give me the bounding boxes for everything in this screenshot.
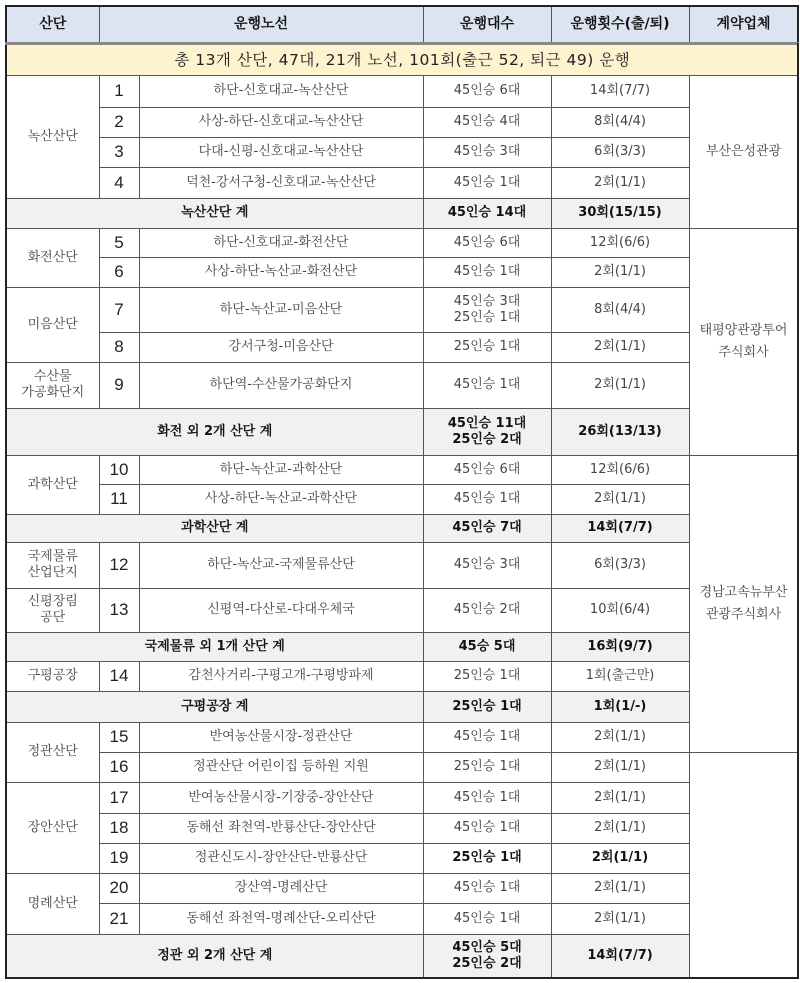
trip-count: 2회(1/1)	[551, 873, 689, 903]
trip-count: 12회(6/6)	[551, 228, 689, 257]
trip-count: 2회(1/1)	[551, 257, 689, 287]
company-line-2: 관광주식회사	[690, 607, 798, 623]
route-number: 18	[99, 813, 139, 843]
complex-cell: 녹산산단	[6, 75, 99, 198]
trip-count: 2회(1/1)	[551, 484, 689, 514]
vehicle-count: 45인승 4대	[423, 107, 551, 137]
route-name: 하단-신호대교-화전산단	[139, 228, 423, 257]
route-number: 17	[99, 782, 139, 813]
subtotal-vehicles: 45인승 7대	[423, 514, 551, 542]
vehicle-count: 45인승 1대	[423, 722, 551, 752]
subtotal-trips: 14회(7/7)	[551, 934, 689, 978]
subtotal-vehicles: 45인승 11대 25인승 2대	[423, 408, 551, 455]
vehicle-count: 25인승 1대	[423, 843, 551, 873]
route-number: 10	[99, 455, 139, 484]
subtotal-vehicles: 45승 5대	[423, 632, 551, 661]
vehicle-count: 45인승 1대	[423, 167, 551, 198]
subtotal-trips: 14회(7/7)	[551, 514, 689, 542]
route-name: 동해선 좌천역-명례산단-오리산단	[139, 903, 423, 934]
complex-cell: 장안산단	[6, 782, 99, 873]
table-row: 21 동해선 좌천역-명례산단-오리산단 45인승 1대 2회(1/1)	[6, 903, 798, 934]
complex-line-1: 신평장림	[7, 594, 99, 610]
company-line-1: 태평양관광투어	[690, 323, 798, 339]
summary-banner-row: 총 13개 산단, 47대, 21개 노선, 101회(출근 52, 퇴근 49…	[6, 43, 798, 75]
complex-cell: 구평공장	[6, 661, 99, 691]
route-number: 4	[99, 167, 139, 198]
route-number: 5	[99, 228, 139, 257]
route-name: 감천사거리-구평고개-구평방파제	[139, 661, 423, 691]
route-number: 15	[99, 722, 139, 752]
route-number: 7	[99, 287, 139, 332]
route-number: 6	[99, 257, 139, 287]
subtotal-label: 화전 외 2개 산단 계	[6, 408, 423, 455]
table-row: 16 정관산단 어린이집 등하원 지원 25인승 1대 2회(1/1)	[6, 752, 798, 782]
trip-count: 2회(1/1)	[551, 813, 689, 843]
vehicle-count: 25인승 1대	[423, 752, 551, 782]
route-number: 16	[99, 752, 139, 782]
vehicle-line-1: 45인승 11대	[424, 416, 551, 432]
table-row: 수산물 가공화단지 9 하단역-수산물가공화단지 45인승 1대 2회(1/1)	[6, 362, 798, 408]
vehicle-line-2: 25인승 1대	[424, 310, 551, 326]
vehicle-count: 45인승 1대	[423, 813, 551, 843]
table-row: 미음산단 7 하단-녹산교-미음산단 45인승 3대 25인승 1대 8회(4/…	[6, 287, 798, 332]
complex-cell: 신평장림 공단	[6, 588, 99, 632]
vehicle-count: 45인승 1대	[423, 873, 551, 903]
vehicle-line-2: 25인승 2대	[424, 432, 551, 448]
vehicle-count: 45인승 1대	[423, 362, 551, 408]
subtotal-row: 화전 외 2개 산단 계 45인승 11대 25인승 2대 26회(13/13)	[6, 408, 798, 455]
table-row: 8 강서구청-미음산단 25인승 1대 2회(1/1)	[6, 332, 798, 362]
subtotal-row: 과학산단 계 45인승 7대 14회(7/7)	[6, 514, 798, 542]
vehicle-count: 25인승 1대	[423, 661, 551, 691]
route-name: 사상-하단-녹산교-화전산단	[139, 257, 423, 287]
vehicle-count: 45인승 1대	[423, 782, 551, 813]
complex-line-1: 국제물류	[7, 549, 99, 565]
trip-count: 8회(4/4)	[551, 287, 689, 332]
vehicle-count: 45인승 6대	[423, 455, 551, 484]
table-row: 6 사상-하단-녹산교-화전산단 45인승 1대 2회(1/1)	[6, 257, 798, 287]
route-name: 반여농산물시장-기장중-장안산단	[139, 782, 423, 813]
table-row: 국제물류 산업단지 12 하단-녹산교-국제물류산단 45인승 3대 6회(3/…	[6, 542, 798, 588]
vehicle-count: 45인승 3대	[423, 137, 551, 167]
subtotal-label: 과학산단 계	[6, 514, 423, 542]
route-number: 20	[99, 873, 139, 903]
route-number: 11	[99, 484, 139, 514]
trip-count: 12회(6/6)	[551, 455, 689, 484]
route-name: 장산역-명례산단	[139, 873, 423, 903]
table-row: 3 다대-신평-신호대교-녹산산단 45인승 3대 6회(3/3)	[6, 137, 798, 167]
table-row: 신평장림 공단 13 신평역-다산로-다대우체국 45인승 2대 10회(6/4…	[6, 588, 798, 632]
route-number: 21	[99, 903, 139, 934]
vehicle-count: 45인승 1대	[423, 484, 551, 514]
route-name: 덕천-강서구청-신호대교-녹산산단	[139, 167, 423, 198]
vehicle-line-1: 45인승 3대	[424, 294, 551, 310]
complex-cell: 명례산단	[6, 873, 99, 934]
route-name: 사상-하단-신호대교-녹산산단	[139, 107, 423, 137]
subtotal-row: 녹산산단 계 45인승 14대 30회(15/15)	[6, 198, 798, 228]
header-trips: 운행횟수(출/퇴)	[551, 6, 689, 43]
route-name: 하단-신호대교-녹산산단	[139, 75, 423, 107]
trip-count: 6회(3/3)	[551, 542, 689, 588]
trip-count: 6회(3/3)	[551, 137, 689, 167]
route-name: 신평역-다산로-다대우체국	[139, 588, 423, 632]
route-name: 하단-녹산교-과학산단	[139, 455, 423, 484]
company-cell: 태평양관광투어 주식회사	[689, 228, 798, 455]
table-row: 장안산단 17 반여농산물시장-기장중-장안산단 45인승 1대 2회(1/1)	[6, 782, 798, 813]
subtotal-trips: 26회(13/13)	[551, 408, 689, 455]
route-number: 2	[99, 107, 139, 137]
company-line-1: 경남고속뉴부산	[690, 585, 798, 601]
complex-line-1: 수산물	[7, 369, 99, 385]
subtotal-label: 국제물류 외 1개 산단 계	[6, 632, 423, 661]
header-vehicles: 운행대수	[423, 6, 551, 43]
trip-count: 2회(1/1)	[551, 752, 689, 782]
route-number: 12	[99, 542, 139, 588]
vehicle-count: 45인승 6대	[423, 228, 551, 257]
table-row: 구평공장 14 감천사거리-구평고개-구평방파제 25인승 1대 1회(출근만)	[6, 661, 798, 691]
complex-cell: 정관산단	[6, 722, 99, 782]
route-number: 1	[99, 75, 139, 107]
trip-count: 8회(4/4)	[551, 107, 689, 137]
route-name: 동해선 좌천역-반룡산단-장안산단	[139, 813, 423, 843]
trip-count: 10회(6/4)	[551, 588, 689, 632]
subtotal-label: 구평공장 계	[6, 691, 423, 722]
vehicle-count: 45인승 1대	[423, 903, 551, 934]
header-complex: 산단	[6, 6, 99, 43]
complex-cell: 국제물류 산업단지	[6, 542, 99, 588]
vehicle-count: 25인승 1대	[423, 332, 551, 362]
shuttle-bus-table: 산단 운행노선 운행대수 운행횟수(출/퇴) 계약업체 총 13개 산단, 47…	[5, 5, 799, 979]
route-name: 하단-녹산교-미음산단	[139, 287, 423, 332]
trip-count: 2회(1/1)	[551, 167, 689, 198]
company-cell: 부산은성관광	[689, 75, 798, 228]
table-row: 2 사상-하단-신호대교-녹산산단 45인승 4대 8회(4/4)	[6, 107, 798, 137]
route-number: 13	[99, 588, 139, 632]
route-name: 사상-하단-녹산교-과학산단	[139, 484, 423, 514]
company-cell: 경남고속뉴부산 관광주식회사	[689, 455, 798, 752]
table-row: 화전산단 5 하단-신호대교-화전산단 45인승 6대 12회(6/6) 태평양…	[6, 228, 798, 257]
route-number: 9	[99, 362, 139, 408]
route-name: 하단-녹산교-국제물류산단	[139, 542, 423, 588]
subtotal-vehicles: 45인승 14대	[423, 198, 551, 228]
table-row: 19 정관신도시-장안산단-반룡산단 25인승 1대 2회(1/1)	[6, 843, 798, 873]
complex-cell: 화전산단	[6, 228, 99, 287]
complex-line-2: 공단	[7, 610, 99, 626]
complex-cell: 과학산단	[6, 455, 99, 514]
complex-line-2: 가공화단지	[7, 385, 99, 401]
vehicle-count: 45인승 3대 25인승 1대	[423, 287, 551, 332]
subtotal-row: 정관 외 2개 산단 계 45인승 5대 25인승 2대 14회(7/7)	[6, 934, 798, 978]
route-number: 8	[99, 332, 139, 362]
trip-count: 2회(1/1)	[551, 722, 689, 752]
subtotal-row: 구평공장 계 25인승 1대 1회(1/-)	[6, 691, 798, 722]
table-row: 4 덕천-강서구청-신호대교-녹산산단 45인승 1대 2회(1/1)	[6, 167, 798, 198]
table-row: 11 사상-하단-녹산교-과학산단 45인승 1대 2회(1/1)	[6, 484, 798, 514]
vehicle-count: 45인승 1대	[423, 257, 551, 287]
complex-cell: 수산물 가공화단지	[6, 362, 99, 408]
vehicle-count: 45인승 3대	[423, 542, 551, 588]
trip-count: 2회(1/1)	[551, 362, 689, 408]
vehicle-count: 45인승 6대	[423, 75, 551, 107]
table-row: 정관산단 15 반여농산물시장-정관산단 45인승 1대 2회(1/1) 경남고…	[6, 722, 798, 752]
subtotal-label: 녹산산단 계	[6, 198, 423, 228]
route-name: 다대-신평-신호대교-녹산산단	[139, 137, 423, 167]
route-name: 정관산단 어린이집 등하원 지원	[139, 752, 423, 782]
header-company: 계약업체	[689, 6, 798, 43]
subtotal-label: 정관 외 2개 산단 계	[6, 934, 423, 978]
subtotal-vehicles: 45인승 5대 25인승 2대	[423, 934, 551, 978]
summary-banner: 총 13개 산단, 47대, 21개 노선, 101회(출근 52, 퇴근 49…	[6, 43, 798, 75]
route-number: 19	[99, 843, 139, 873]
vehicle-line-2: 25인승 2대	[424, 956, 551, 972]
subtotal-vehicles: 25인승 1대	[423, 691, 551, 722]
trip-count: 2회(1/1)	[551, 332, 689, 362]
table-row: 명례산단 20 장산역-명례산단 45인승 1대 2회(1/1)	[6, 873, 798, 903]
vehicle-count: 45인승 2대	[423, 588, 551, 632]
header-row: 산단 운행노선 운행대수 운행횟수(출/퇴) 계약업체	[6, 6, 798, 43]
complex-cell: 미음산단	[6, 287, 99, 362]
table-row: 녹산산단 1 하단-신호대교-녹산산단 45인승 6대 14회(7/7) 부산은…	[6, 75, 798, 107]
header-route: 운행노선	[99, 6, 423, 43]
route-name: 강서구청-미음산단	[139, 332, 423, 362]
route-number: 3	[99, 137, 139, 167]
trip-count: 1회(출근만)	[551, 661, 689, 691]
company-line-2: 주식회사	[690, 345, 798, 361]
subtotal-row: 국제물류 외 1개 산단 계 45승 5대 16회(9/7)	[6, 632, 798, 661]
route-name: 하단역-수산물가공화단지	[139, 362, 423, 408]
trip-count: 2회(1/1)	[551, 782, 689, 813]
table-row: 과학산단 10 하단-녹산교-과학산단 45인승 6대 12회(6/6) 경남고…	[6, 455, 798, 484]
route-name: 반여농산물시장-정관산단	[139, 722, 423, 752]
trip-count: 2회(1/1)	[551, 903, 689, 934]
route-number: 14	[99, 661, 139, 691]
vehicle-line-1: 45인승 5대	[424, 940, 551, 956]
complex-line-2: 산업단지	[7, 565, 99, 581]
subtotal-trips: 1회(1/-)	[551, 691, 689, 722]
trip-count: 14회(7/7)	[551, 75, 689, 107]
subtotal-trips: 16회(9/7)	[551, 632, 689, 661]
subtotal-trips: 30회(15/15)	[551, 198, 689, 228]
trip-count: 2회(1/1)	[551, 843, 689, 873]
table-row: 18 동해선 좌천역-반룡산단-장안산단 45인승 1대 2회(1/1)	[6, 813, 798, 843]
route-name: 정관신도시-장안산단-반룡산단	[139, 843, 423, 873]
